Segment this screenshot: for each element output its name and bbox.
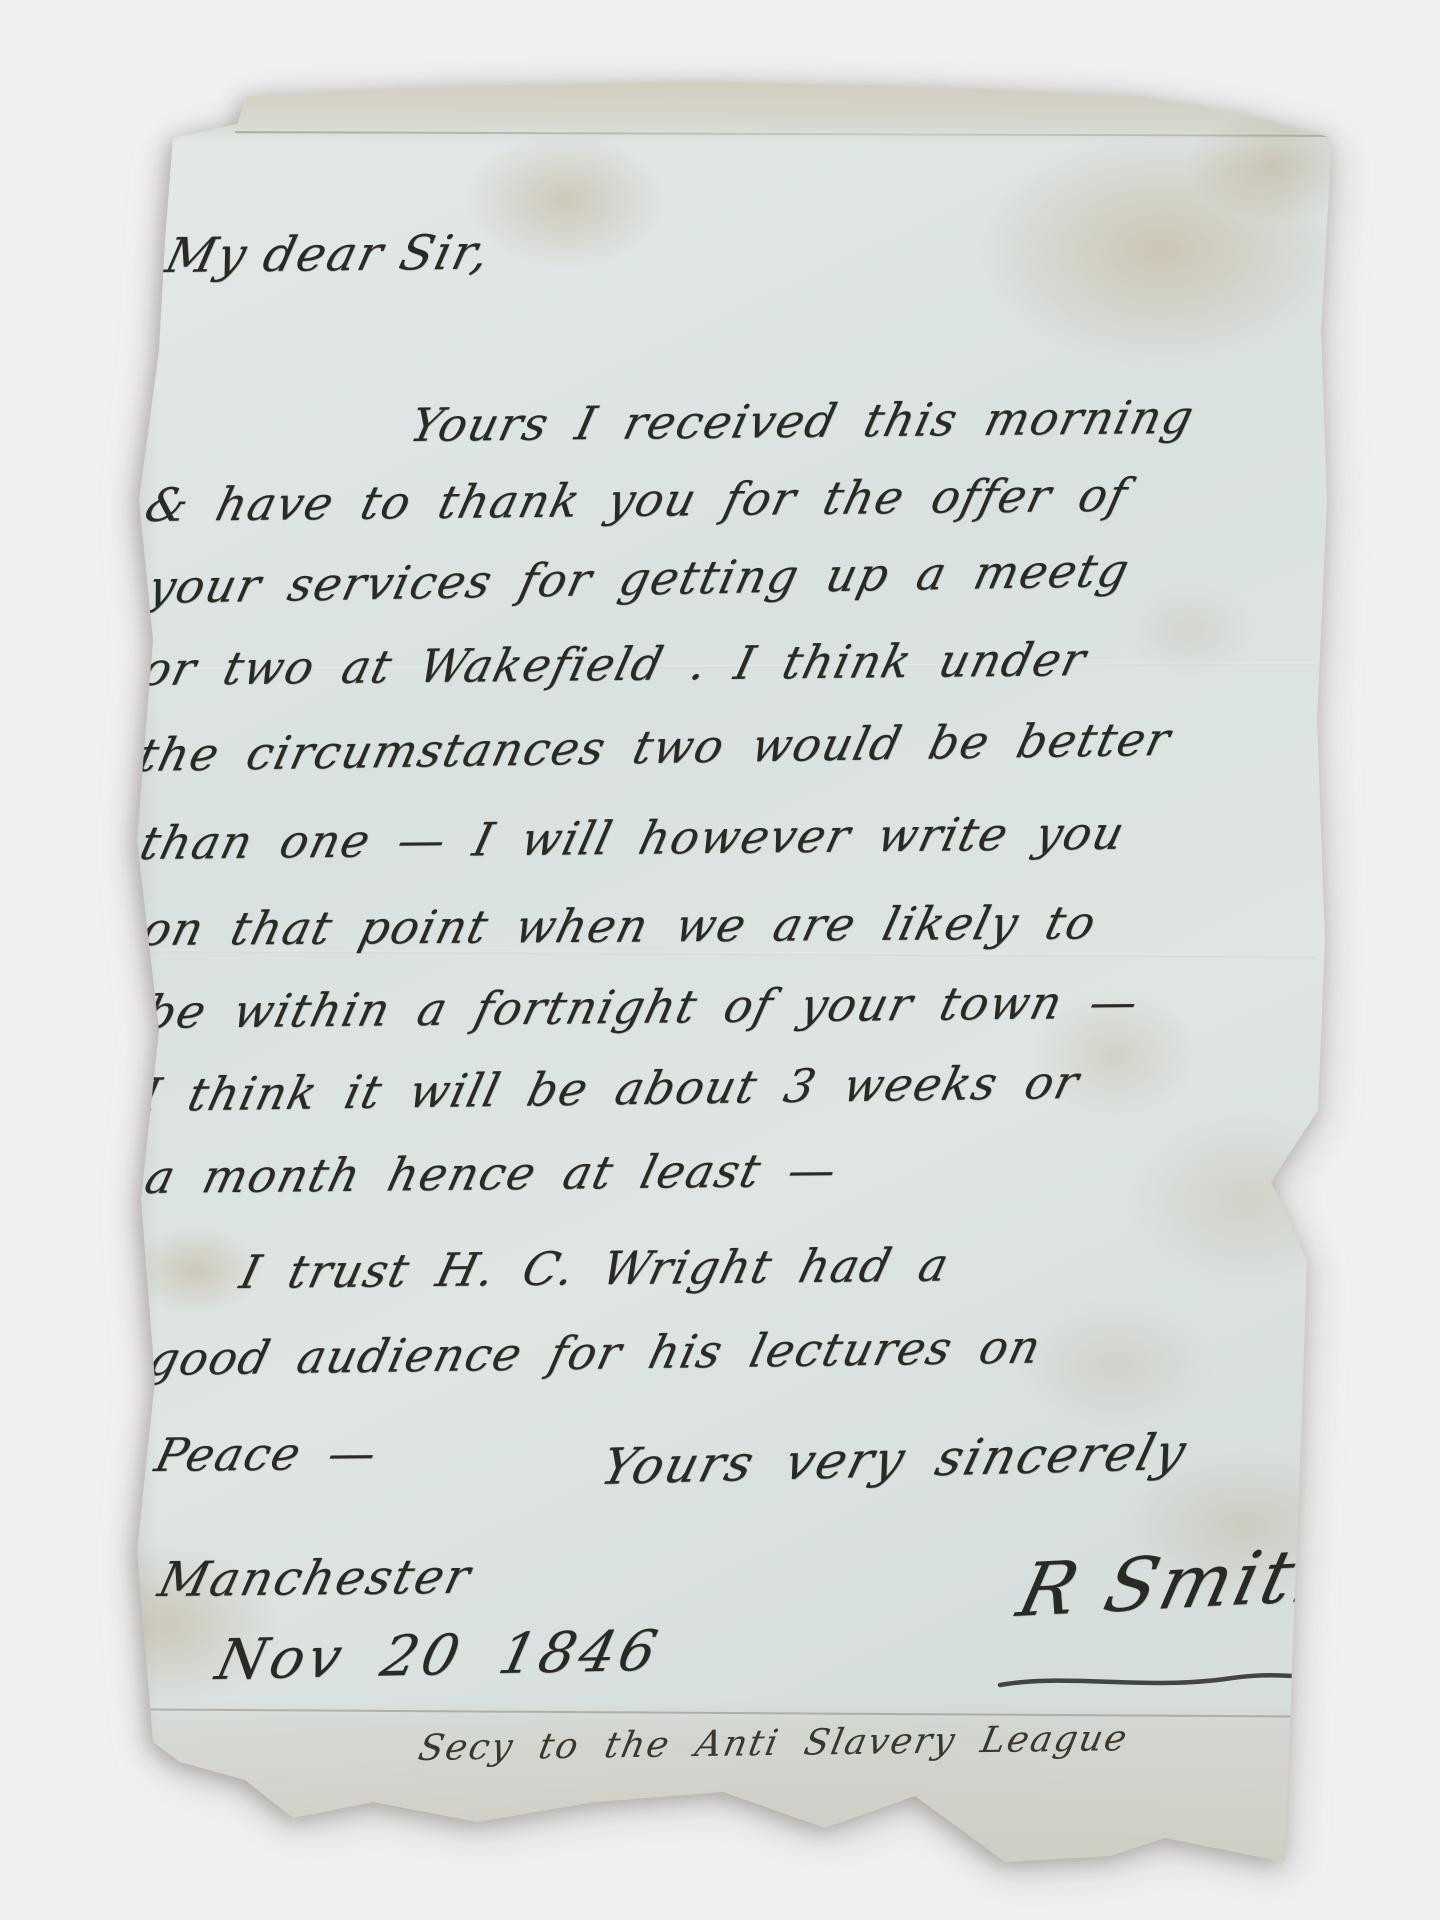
letter-line: & have to thank you for the offer of xyxy=(140,468,1134,532)
letter-date: Nov 20 1846 xyxy=(210,1619,667,1693)
letter-line: than one — I will however write you xyxy=(135,806,1131,870)
letter-line: be within a fortnight of your town — xyxy=(140,975,1145,1039)
letter-signature: R Smith xyxy=(1010,1531,1357,1634)
letter-place: Manchester xyxy=(153,1549,477,1608)
paper-crease xyxy=(150,1708,1300,1717)
letter-line: I trust H. C. Wright had a xyxy=(235,1238,955,1299)
letter-annotation: Secy to the Anti Slavery League xyxy=(415,1718,1132,1769)
letter-line: on that point when we are likely to xyxy=(137,895,1102,956)
signature-flourish xyxy=(997,1665,1342,1697)
letter-closing: Yours very sincerely xyxy=(595,1423,1194,1496)
paper-shadow: My dear Sir, Yours I received this morni… xyxy=(125,80,1335,1892)
letter-line: a month hence at least — xyxy=(140,1143,843,1204)
letter-line: I think it will be about 3 weeks or xyxy=(135,1055,1085,1122)
paper-fold-edge xyxy=(235,131,1330,137)
letter-line: or two at Wakefield . I think under xyxy=(137,632,1092,696)
letter-line: Yours I received this morning xyxy=(405,390,1200,452)
letter-line: Peace — xyxy=(150,1426,383,1482)
letter-line: the circumstances two would be better xyxy=(133,712,1177,782)
letter-salutation: My dear Sir, xyxy=(160,225,497,284)
letter-paper: My dear Sir, Yours I received this morni… xyxy=(125,80,1335,1892)
letter-line: good audience for his lectures on xyxy=(143,1320,1047,1386)
letter-line: your services for getting up a meetg xyxy=(143,543,1135,614)
letter-photo: My dear Sir, Yours I received this morni… xyxy=(0,0,1440,1920)
